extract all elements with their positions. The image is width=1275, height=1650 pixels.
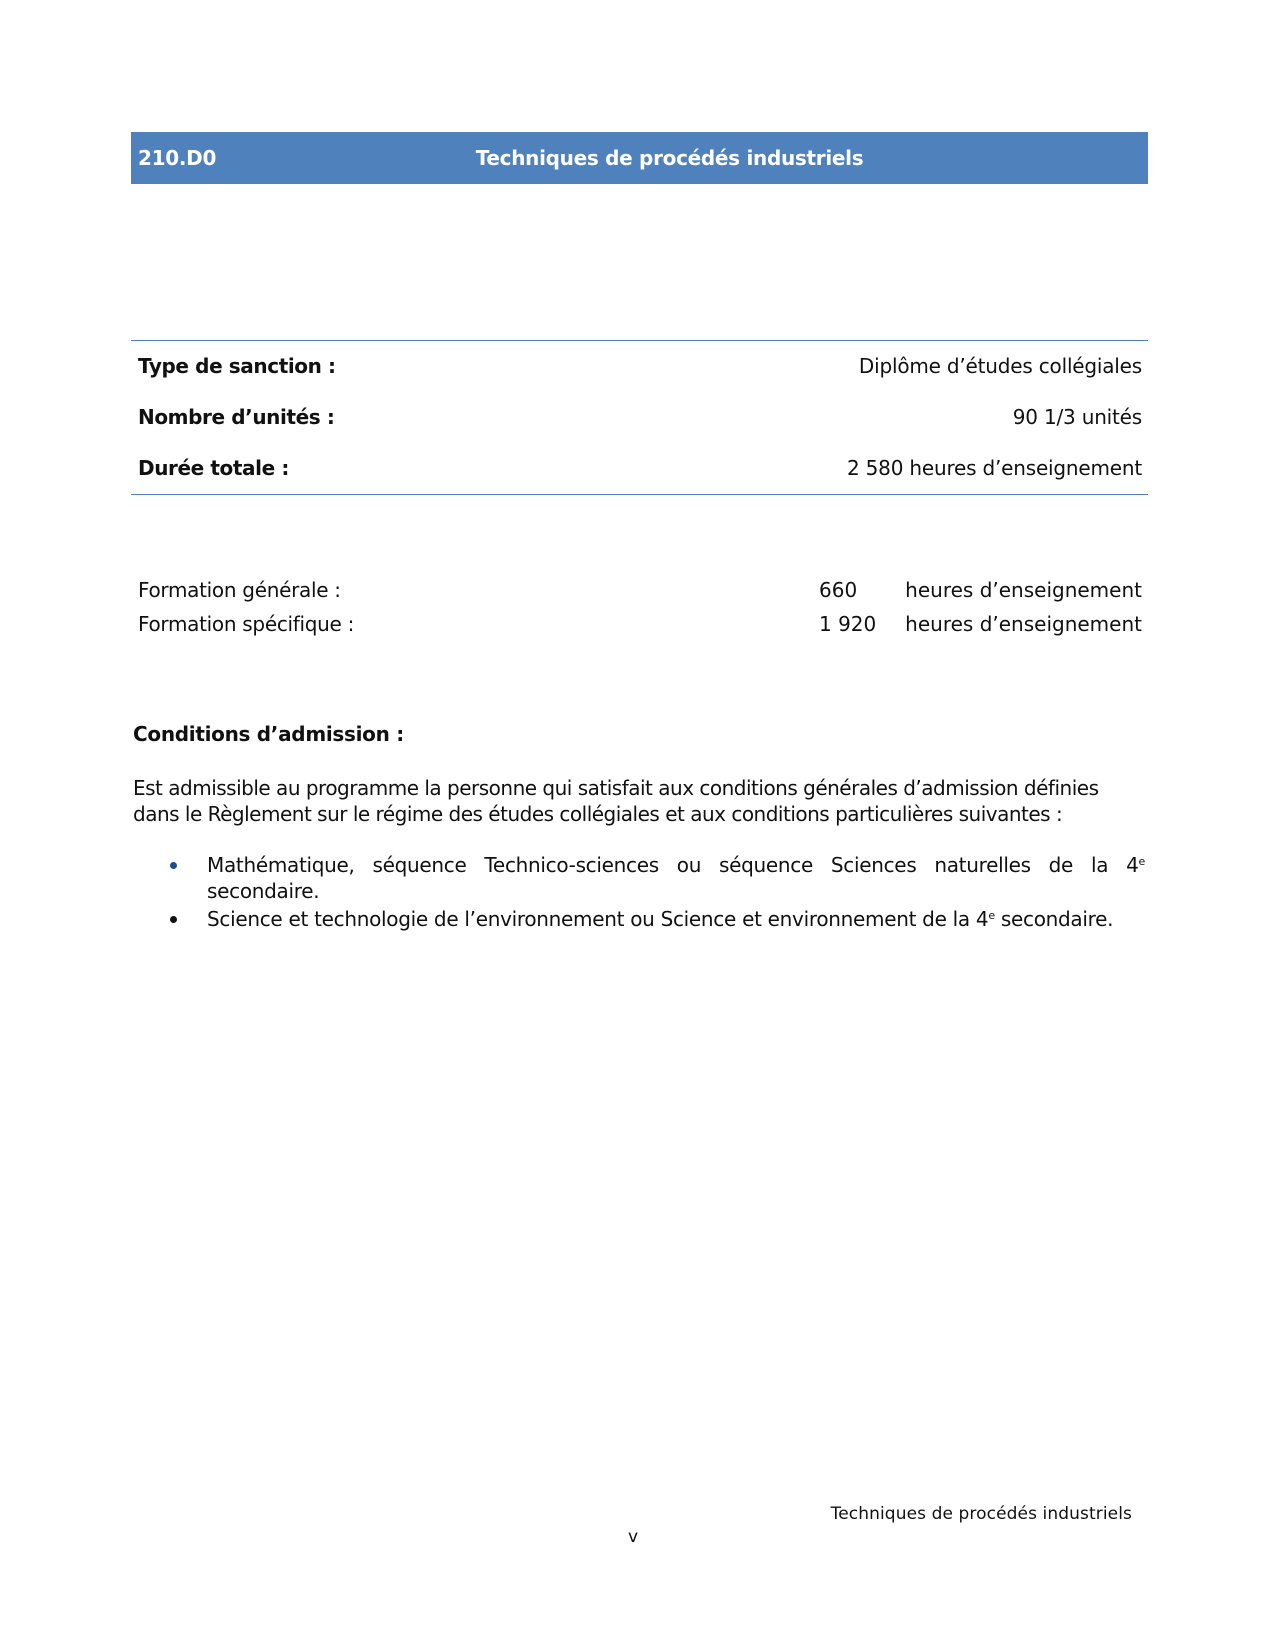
superscript: e (1139, 855, 1145, 868)
sanction-type-value: Diplôme d’études collégiales (859, 354, 1142, 378)
sanction-type-label: Type de sanction : (138, 354, 336, 378)
bullet-icon (170, 862, 177, 869)
superscript: e (988, 909, 994, 922)
specific-training-unit: heures d’enseignement (905, 612, 1142, 636)
units-value: 90 1/3 unités (1013, 405, 1142, 429)
summary-top-rule (131, 340, 1148, 341)
page-number: v (628, 1527, 638, 1547)
admission-title: Conditions d’admission : (133, 722, 404, 746)
list-item: Mathématique, séquence Technico-sciences… (165, 852, 1145, 904)
general-training-label: Formation générale : (138, 578, 341, 602)
total-duration-label: Durée totale : (138, 456, 289, 480)
admission-conditions-list: Mathématique, séquence Technico-sciences… (165, 852, 1145, 934)
condition-text-end: secondaire. (207, 879, 319, 903)
condition-text-end: secondaire. (995, 907, 1113, 931)
general-training-unit: heures d’enseignement (905, 578, 1142, 602)
condition-text: Science et technologie de l’environnemen… (207, 907, 988, 931)
specific-training-label: Formation spécifique : (138, 612, 354, 636)
admission-intro: Est admissible au programme la personne … (133, 775, 1148, 827)
program-title: Techniques de procédés industriels (131, 146, 1148, 170)
footer-title: Techniques de procédés industriels (831, 1504, 1132, 1524)
general-training-hours: 660 (819, 578, 857, 602)
list-item: Science et technologie de l’environnemen… (165, 906, 1145, 932)
units-label: Nombre d’unités : (138, 405, 334, 429)
bullet-icon (170, 916, 177, 923)
specific-training-hours: 1 920 (819, 612, 876, 636)
condition-text: Mathématique, séquence Technico-sciences… (207, 853, 1139, 877)
summary-bottom-rule (131, 494, 1148, 495)
total-duration-value: 2 580 heures d’enseignement (847, 456, 1142, 480)
